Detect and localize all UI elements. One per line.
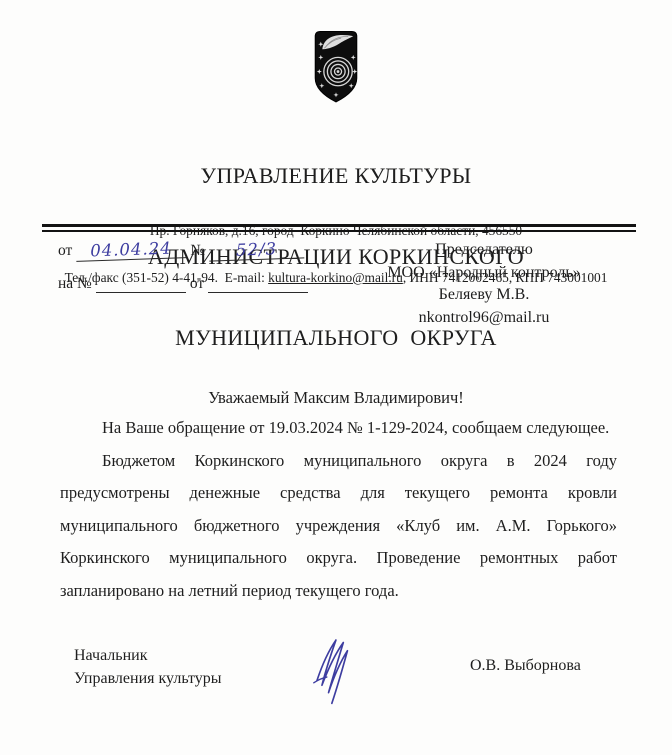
org-name-line-1: УПРАВЛЕНИЕ КУЛЬТУРЫ (0, 162, 672, 189)
handwritten-date: 04.04.24 (76, 238, 187, 262)
recipient-name: Беляеву М.В. (348, 284, 620, 307)
coat-of-arms-icon (310, 29, 362, 105)
signatory-position-line-1: Начальник (74, 645, 222, 668)
signatory-name: О.В. Выборнова (470, 657, 581, 675)
number-label: № (190, 242, 205, 260)
letter-body: На Ваше обращение от 19.03.2024 № 1-129-… (60, 412, 617, 607)
signatory-position: Начальник Управления культуры (74, 645, 222, 690)
recipient-email: nkontrol96@mail.ru (348, 307, 620, 330)
reply-date-label: от (190, 275, 204, 293)
reference-row-reply: на № от (58, 273, 358, 293)
outgoing-reference: от 04.04.24 № 52/3 на № от (58, 240, 358, 293)
paragraph-2-line-4: Коркинского муниципального округа. Прове… (60, 542, 617, 575)
paragraph-2-line-5: запланировано на летний период текущего … (60, 575, 617, 608)
reply-number-label: на № (58, 275, 92, 293)
recipient-organization: МОО «Народный контроль» (348, 262, 620, 285)
reference-row-date: от 04.04.24 № 52/3 (58, 240, 358, 260)
reply-number-blank (96, 273, 186, 293)
paragraph-2-line-3: муниципального бюджетного учреждения «Кл… (60, 510, 617, 543)
handwritten-number: 52/3 (209, 238, 305, 261)
letterhead-divider (42, 224, 636, 232)
signature-scribble-icon (306, 631, 356, 705)
recipient-title: Председателю (348, 239, 620, 262)
signatory-position-line-2: Управления культуры (74, 668, 222, 691)
from-label: от (58, 242, 72, 260)
recipient-block: Председателю МОО «Народный контроль» Бел… (348, 239, 620, 329)
salutation: Уважаемый Максим Владимирович! (0, 388, 672, 408)
paragraph-1: На Ваше обращение от 19.03.2024 № 1-129-… (60, 412, 617, 445)
paragraph-2-line-1: Бюджетом Коркинского муниципального окру… (60, 445, 617, 478)
reply-date-blank (208, 273, 308, 293)
paragraph-2-line-2: предусмотрены денежные средства для теку… (60, 477, 617, 510)
letter-document: УПРАВЛЕНИЕ КУЛЬТУРЫ АДМИНИСТРАЦИИ КОРКИН… (0, 0, 672, 755)
